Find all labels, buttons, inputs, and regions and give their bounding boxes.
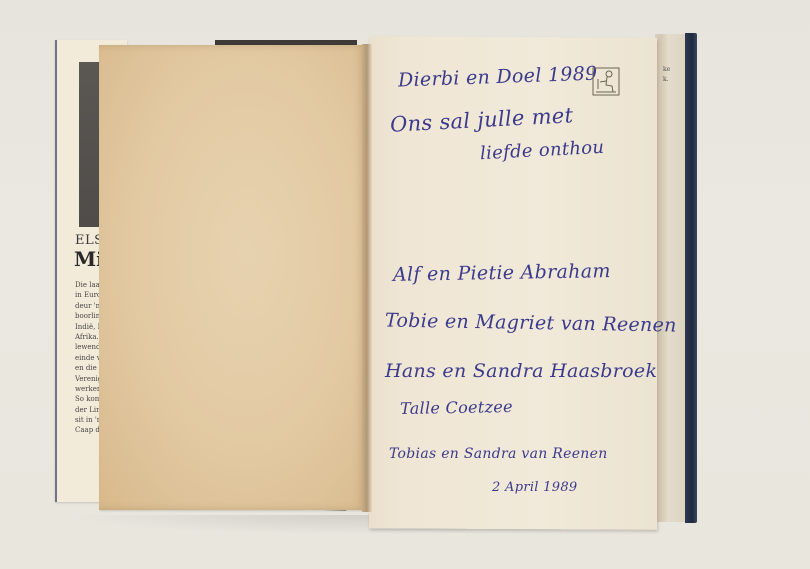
signature-line: Talle Coetzee xyxy=(400,397,513,418)
left-endpaper xyxy=(99,45,367,510)
page-stack: ke k. xyxy=(655,34,685,522)
signature-line: Tobias en Sandra van Reenen xyxy=(389,446,608,462)
seated-figure-bookplate-icon xyxy=(592,67,620,97)
text-fragment: ke xyxy=(663,66,670,73)
inscription-date: 2 April 1989 xyxy=(492,480,577,495)
signature-line: Hans en Sandra Haasbroek xyxy=(385,360,657,382)
book-gutter xyxy=(362,44,372,512)
text-fragment: k. xyxy=(663,76,669,83)
cover-edge-right xyxy=(685,33,697,523)
signature-line: Alf en Pietie Abraham xyxy=(393,260,611,286)
book-photo: ELSA Miss Die laat ag in Europa deur 'n … xyxy=(0,0,810,569)
